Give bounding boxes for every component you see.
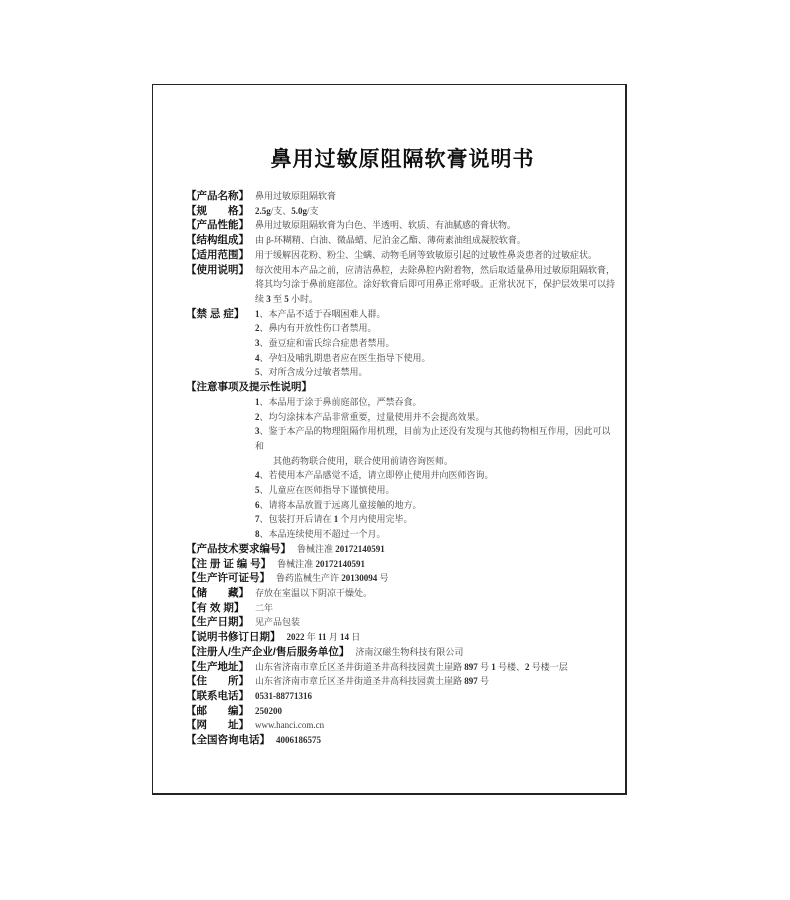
section-row: 【全国咨询电话】4006186575 — [186, 733, 619, 748]
section-row: 【网 址】www.hanci.com.cn — [186, 718, 619, 733]
section-label: 【产品技术要求编号】 — [186, 542, 291, 557]
numeric-value: 2 — [525, 662, 530, 672]
section-row: 【产品性能】鼻用过敏原阻隔软膏为白色、半透明、软质、有油腻感的膏状物。 — [186, 218, 619, 233]
numeric-value: 897 — [464, 676, 478, 686]
section-label: 【注册人/生产企业/售后服务单位】 — [186, 645, 349, 660]
section-content: 由 β-环糊精、白油、微晶蜡、尼泊金乙酯、薄荷素油组成凝胶软膏。 — [249, 233, 619, 248]
text-line: 鼻用过敏原阻隔软膏 — [255, 189, 619, 204]
text-line: www.hanci.com.cn — [255, 718, 619, 733]
section-content: 山东省济南市章丘区圣井街道圣井高科技园黄土崖路 897 号 — [249, 674, 619, 689]
numeric-value: 2 — [255, 412, 260, 422]
section-row: 【使用说明】每次使用本产品之前，应清洁鼻腔，去除鼻腔内附着物，然后取适量鼻用过敏… — [186, 263, 619, 307]
list-item: 5、儿童应在医师指导下谨慎使用。 — [255, 483, 619, 498]
section-row: 【生产日期】见产品包装 — [186, 615, 619, 630]
section-content: 0531-88771316 — [249, 689, 619, 704]
section-label: 【生产日期】 — [186, 615, 249, 630]
numeric-value: 5.0g — [291, 206, 307, 216]
section-row: 【禁 忌 症】1、本产品不适于吞咽困难人群。2、鼻内有开放性伤口者禁用。3、蚕豆… — [186, 307, 619, 381]
section-content: 鲁药监械生产许 20130094 号 — [270, 571, 619, 586]
text-line: 鼻用过敏原阻隔软膏为白色、半透明、软质、有油腻感的膏状物。 — [255, 218, 619, 233]
document-title: 鼻用过敏原阻隔软膏说明书 — [186, 147, 619, 171]
section-label: 【生产许可证号】 — [186, 571, 270, 586]
numeric-value: 3 — [255, 338, 260, 348]
section-row: 【适用范围】用于缓解因花粉、粉尘、尘螨、动物毛屑等致敏原引起的过敏性鼻炎患者的过… — [186, 248, 619, 263]
section-label: 【住 所】 — [186, 674, 249, 689]
section-content: 二年 — [249, 601, 619, 616]
section-row: 【生产地址】山东省济南市章丘区圣井街道圣井高科技园黄土崖路 897 号 1 号楼… — [186, 660, 619, 675]
text-line: 存放在室温以下阴凉干燥处。 — [255, 586, 619, 601]
section-label: 【规 格】 — [186, 204, 249, 219]
text-line: 将其均匀涂于鼻前庭部位。涂好软膏后即可用鼻正常呼吸。正常状况下，保护层效果可以持 — [255, 277, 619, 292]
section-content: 4006186575 — [270, 733, 619, 748]
section-label: 【使用说明】 — [186, 263, 249, 278]
numeric-value: 1 — [334, 514, 339, 524]
section-label: 【注 册 证 编 号】 — [186, 557, 271, 572]
text-line: 2.5g/支、5.0g/支 — [255, 204, 619, 219]
section-content: 鼻用过敏原阻隔软膏 — [249, 189, 619, 204]
section-label: 【生产地址】 — [186, 660, 249, 675]
section-row: 【住 所】山东省济南市章丘区圣井街道圣井高科技园黄土崖路 897 号 — [186, 674, 619, 689]
list-item: 8、本品连续使用不超过一个月。 — [255, 527, 619, 542]
section-label: 【结构组成】 — [186, 233, 249, 248]
numeric-value: 897 — [464, 662, 478, 672]
numeric-value: 4 — [255, 353, 260, 363]
list-item: 4、若使用本产品感觉不适，请立即停止使用并向医师咨询。 — [255, 468, 619, 483]
section-content: 济南汉磁生物科技有限公司 — [349, 645, 619, 660]
text-line: 其他药物联合使用，联合使用前请咨询医师。 — [255, 454, 619, 469]
section-label: 【说明书修订日期】 — [186, 630, 281, 645]
text-line: 用于缓解因花粉、粉尘、尘螨、动物毛屑等致敏原引起的过敏性鼻炎患者的过敏症状。 — [255, 248, 619, 263]
section-row: 【说明书修订日期】2022 年 11 月 14 日 — [186, 630, 619, 645]
section-label: 【邮 编】 — [186, 704, 249, 719]
text-line: 鲁药监械生产许 20130094 号 — [276, 571, 619, 586]
numeric-value: 2.5g — [255, 206, 271, 216]
section-row: 【生产许可证号】鲁药监械生产许 20130094 号 — [186, 571, 619, 586]
numeric-value: 7 — [255, 514, 260, 524]
numeric-value: 14 — [340, 632, 349, 642]
section-row: 【规 格】2.5g/支、5.0g/支 — [186, 204, 619, 219]
text-line: 每次使用本产品之前，应清洁鼻腔，去除鼻腔内附着物，然后取适量鼻用过敏原阻隔软膏， — [255, 263, 619, 278]
numeric-value: 6 — [255, 500, 260, 510]
section-label: 【产品名称】 — [186, 189, 249, 204]
list-item: 2、均匀涂抹本产品非常重要，过量使用并不会提高效果。 — [255, 410, 619, 425]
numeric-value: 8 — [255, 529, 260, 539]
section-row: 【产品名称】鼻用过敏原阻隔软膏 — [186, 189, 619, 204]
list-item: 4、孕妇及哺乳期患者应在医生指导下使用。 — [255, 351, 619, 366]
numeric-value: 20172140591 — [335, 544, 385, 554]
list-item: 2、鼻内有开放性伤口者禁用。 — [255, 321, 619, 336]
text-line: 二年 — [255, 601, 619, 616]
numeric-value: 3 — [255, 426, 260, 436]
section-row: 【联系电话】0531-88771316 — [186, 689, 619, 704]
list-item: 5、对所含成分过敏者禁用。 — [255, 365, 619, 380]
numeric-value: 3 — [266, 294, 271, 304]
list-item: 3、蚕豆症和雷氏综合症患者禁用。 — [255, 336, 619, 351]
section-content: 250200 — [249, 704, 619, 719]
section-content: 鲁械注准 20172140591 — [271, 557, 619, 572]
section-label: 【禁 忌 症】 — [186, 307, 249, 322]
text-line: 鲁械注准 20172140591 — [277, 557, 619, 572]
section-label: 【注意事项及提示性说明】 — [186, 380, 312, 395]
list-item: 7、包装打开后请在 1 个月内使用完毕。 — [255, 512, 619, 527]
numeric-value: 20130094 — [341, 573, 377, 583]
section-content: 存放在室温以下阴凉干燥处。 — [249, 586, 619, 601]
numeric-value: 1 — [255, 309, 260, 319]
numeric-value: 5 — [255, 485, 260, 495]
numeric-value: 20172140591 — [315, 559, 365, 569]
text-line: 见产品包装 — [255, 615, 619, 630]
text-line: 3、鉴于本产品的物理阻隔作用机理，目前为止还没有发现与其他药物相互作用，因此可以… — [255, 424, 619, 453]
document-sections: 【产品名称】鼻用过敏原阻隔软膏【规 格】2.5g/支、5.0g/支【产品性能】鼻… — [186, 189, 619, 748]
numeric-value: 2 — [255, 323, 260, 333]
section-label: 【储 藏】 — [186, 586, 249, 601]
numeric-value: 1 — [491, 662, 496, 672]
numeric-value: 1 — [255, 397, 260, 407]
text-line: 济南汉磁生物科技有限公司 — [355, 645, 619, 660]
text-line: 2022 年 11 月 14 日 — [287, 630, 620, 645]
section-label: 【全国咨询电话】 — [186, 733, 270, 748]
list-item: 6、请将本品放置于远离儿童接触的地方。 — [255, 498, 619, 513]
section-content: 1、本产品不适于吞咽困难人群。2、鼻内有开放性伤口者禁用。3、蚕豆症和雷氏综合症… — [249, 307, 619, 381]
section-row: 【注册人/生产企业/售后服务单位】济南汉磁生物科技有限公司 — [186, 645, 619, 660]
section-label: 【有 效 期】 — [186, 601, 249, 616]
section-row: 【结构组成】由 β-环糊精、白油、微晶蜡、尼泊金乙酯、薄荷素油组成凝胶软膏。 — [186, 233, 619, 248]
section-label: 【适用范围】 — [186, 248, 249, 263]
text-line: 4006186575 — [276, 733, 619, 748]
section-content: 2.5g/支、5.0g/支 — [249, 204, 619, 219]
section-content: 鼻用过敏原阻隔软膏为白色、半透明、软质、有油腻感的膏状物。 — [249, 218, 619, 233]
section-content: 山东省济南市章丘区圣井街道圣井高科技园黄土崖路 897 号 1 号楼、2 号楼一… — [249, 660, 619, 675]
numeric-value: 2022 — [287, 632, 305, 642]
text-line: 山东省济南市章丘区圣井街道圣井高科技园黄土崖路 897 号 1 号楼、2 号楼一… — [255, 660, 619, 675]
numeric-value: 250200 — [255, 706, 282, 716]
text-line: 续 3 至 5 小时。 — [255, 292, 619, 307]
list-item: 1、本产品不适于吞咽困难人群。 — [255, 307, 619, 322]
section-row: 【邮 编】250200 — [186, 704, 619, 719]
numeric-value: 4006186575 — [276, 735, 321, 745]
screenshot-page: 鼻用过敏原阻隔软膏说明书 【产品名称】鼻用过敏原阻隔软膏【规 格】2.5g/支、… — [0, 0, 790, 900]
numeric-value: 0531-88771316 — [255, 691, 312, 701]
text-line: 250200 — [255, 704, 619, 719]
section-label: 【联系电话】 — [186, 689, 249, 704]
section-content: 2022 年 11 月 14 日 — [281, 630, 620, 645]
numeric-value: 5 — [284, 294, 289, 304]
section-label: 【网 址】 — [186, 718, 249, 733]
section-content: 见产品包装 — [249, 615, 619, 630]
section-content: 鲁械注准 20172140591 — [291, 542, 619, 557]
list-item: 1、本品用于涂于鼻前庭部位，严禁吞食。 — [255, 395, 619, 410]
section-row: 【注意事项及提示性说明】 — [186, 380, 619, 395]
section-content: 用于缓解因花粉、粉尘、尘螨、动物毛屑等致敏原引起的过敏性鼻炎患者的过敏症状。 — [249, 248, 619, 263]
leaflet-document: 鼻用过敏原阻隔软膏说明书 【产品名称】鼻用过敏原阻隔软膏【规 格】2.5g/支、… — [152, 84, 627, 795]
section-row: 【储 藏】存放在室温以下阴凉干燥处。 — [186, 586, 619, 601]
text-line: 0531-88771316 — [255, 689, 619, 704]
section-row: 【有 效 期】二年 — [186, 601, 619, 616]
text-line: 山东省济南市章丘区圣井街道圣井高科技园黄土崖路 897 号 — [255, 674, 619, 689]
section-row: 【注 册 证 编 号】鲁械注准 20172140591 — [186, 557, 619, 572]
text-line: 由 β-环糊精、白油、微晶蜡、尼泊金乙酯、薄荷素油组成凝胶软膏。 — [255, 233, 619, 248]
numeric-value: 4 — [255, 470, 260, 480]
section-label: 【产品性能】 — [186, 218, 249, 233]
list-item: 3、鉴于本产品的物理阻隔作用机理，目前为止还没有发现与其他药物相互作用，因此可以… — [255, 424, 619, 468]
section-content: www.hanci.com.cn — [249, 718, 619, 733]
section-items: 1、本品用于涂于鼻前庭部位，严禁吞食。2、均匀涂抹本产品非常重要，过量使用并不会… — [186, 395, 619, 542]
text-line: 鲁械注准 20172140591 — [297, 542, 619, 557]
section-row: 【产品技术要求编号】鲁械注准 20172140591 — [186, 542, 619, 557]
section-content: 每次使用本产品之前，应清洁鼻腔，去除鼻腔内附着物，然后取适量鼻用过敏原阻隔软膏，… — [249, 263, 619, 307]
numeric-value: 5 — [255, 367, 260, 377]
numeric-value: 11 — [318, 632, 327, 642]
